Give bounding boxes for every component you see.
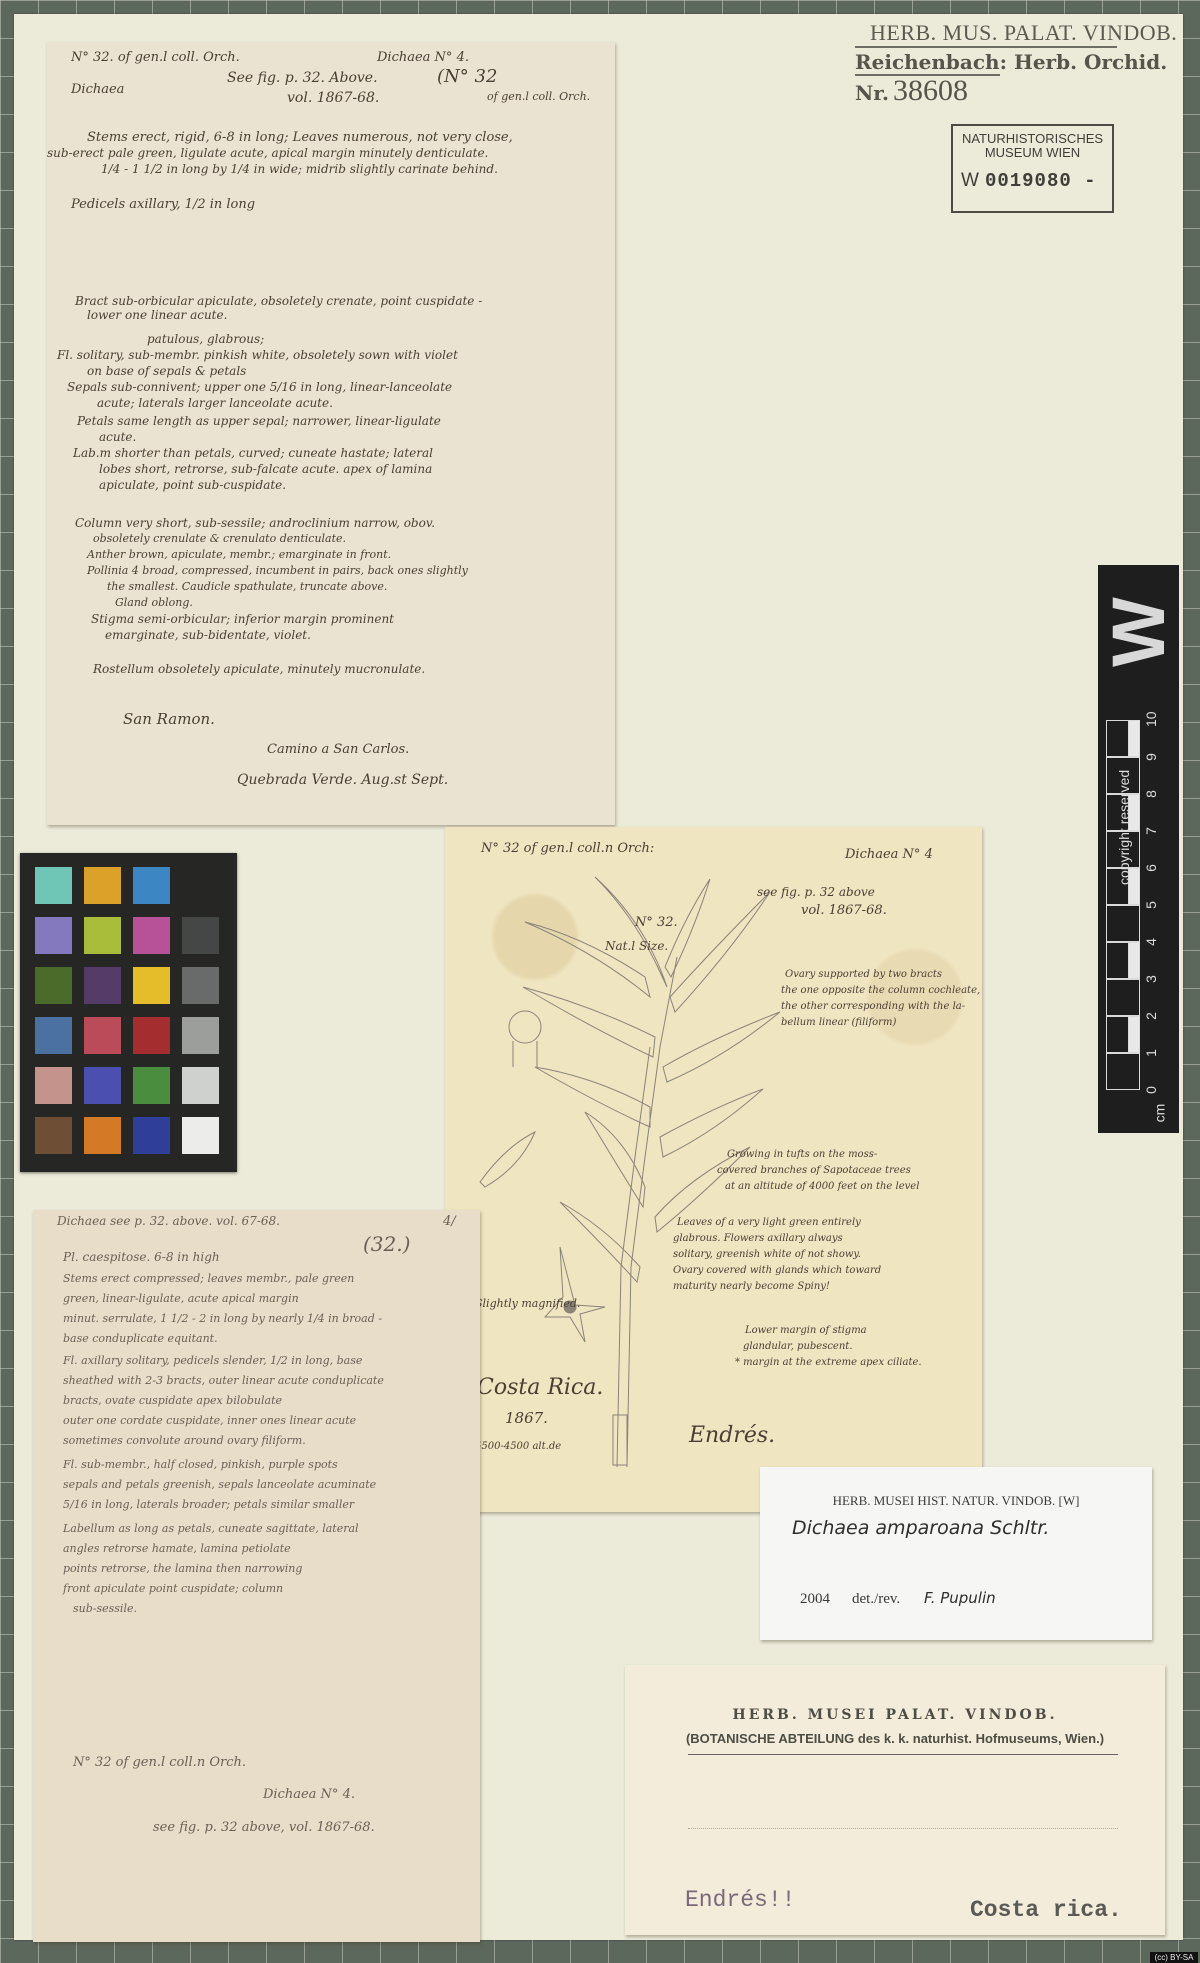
handwritten-line: Growing in tufts on the moss- (727, 1149, 877, 1160)
handwritten-line: N° 32. of gen.l coll. Orch. (71, 50, 240, 65)
handwritten-line: Camino a San Carlos. (267, 742, 409, 757)
handwritten-line: the one opposite the column cochleate, (781, 985, 980, 996)
color-patch (133, 1067, 170, 1104)
botanical-drawing-sheet: N° 32 of gen.l coll.n Orch:Dichaea N° 4s… (445, 827, 982, 1512)
scale-tick-label: 5 (1143, 898, 1159, 912)
color-patch (35, 917, 72, 954)
handwritten-line: Quebrada Verde. Aug.st Sept. (237, 772, 448, 788)
handwritten-line: the other corresponding with the la- (781, 1001, 965, 1012)
handwritten-line: (32.) (363, 1232, 410, 1256)
handwritten-line: lower one linear acute. (87, 308, 227, 322)
det-rev-label: det./rev. (852, 1591, 900, 1608)
scale-tick-label: 6 (1143, 861, 1159, 875)
scale-bar: W copyright reserved cm 012345678910 (1098, 565, 1179, 1133)
color-patch (133, 967, 170, 1004)
handwritten-line: sepals and petals greenish, sepals lance… (63, 1478, 376, 1491)
handwritten-line: patulous, glabrous; (147, 332, 264, 346)
country: Costa rica. (970, 1897, 1122, 1923)
handwritten-line: Rostellum obsoletely apiculate, minutely… (93, 662, 425, 676)
scale-tick-label: 9 (1143, 750, 1159, 764)
color-patch-grid (35, 867, 219, 1154)
scale-tick-label: 10 (1143, 713, 1159, 727)
color-patch (133, 1117, 170, 1154)
color-patch (182, 1017, 219, 1054)
color-patch (84, 1017, 121, 1054)
scale-tick-label: 1 (1143, 1046, 1159, 1060)
collection-label-subtitle: (BOTANISCHE ABTEILUNG des k. k. naturhis… (625, 1731, 1165, 1746)
scale-segment (1106, 942, 1140, 979)
color-patch (84, 867, 121, 904)
color-patch (84, 1117, 121, 1154)
stamp-line-1: NATURHISTORISCHES (953, 132, 1112, 146)
handwritten-line: Nat.l Size. (605, 939, 668, 953)
handwritten-line: minut. serrulate, 1 1/2 - 2 in long by n… (63, 1312, 382, 1325)
barcode-number: 0019080 - (985, 170, 1097, 192)
scale-segment (1106, 905, 1140, 942)
collection-label: HERB. MUSEI PALAT. VINDOB. (BOTANISCHE A… (625, 1665, 1165, 1935)
license-badge: (cc) BY-SA (1150, 1952, 1198, 1963)
handwritten-line: bellum linear (filiform) (781, 1017, 896, 1028)
stamp-catalog: W0019080 - (961, 170, 1112, 192)
handwritten-line: Labellum as long as petals, cuneate sagi… (63, 1522, 359, 1535)
herbarium-number: 38608 (893, 74, 968, 107)
color-patch (133, 917, 170, 954)
handwritten-line: 1867. (505, 1409, 548, 1427)
handwritten-line: Dichaea N° 4. (263, 1787, 355, 1802)
handwritten-line: bracts, ovate cuspidate apex bilobulate (63, 1394, 282, 1407)
handwritten-line: lobes short, retrorse, sub-falcate acute… (99, 462, 432, 476)
copyright-text: copyright reserved (1116, 745, 1132, 885)
scale-segment (1106, 979, 1140, 1016)
color-patch (182, 1067, 219, 1104)
handwritten-line: Dichaea N° 4 (845, 847, 933, 862)
color-patch (182, 1117, 219, 1154)
handwritten-line: Fl. solitary, sub-membr. pinkish white, … (57, 348, 458, 362)
handwritten-line: apiculate, point sub-cuspidate. (99, 478, 286, 492)
scale-segment-fill (1107, 943, 1129, 978)
handwritten-line: * margin at the extreme apex ciliate. (735, 1357, 922, 1368)
color-patch (182, 917, 219, 954)
handwritten-line: Pollinia 4 broad, compressed, incumbent … (87, 564, 468, 577)
taxon-name: Dichaea amparoana Schltr. (792, 1517, 1049, 1539)
handwritten-line: Petals same length as upper sepal; narro… (77, 414, 441, 428)
handwritten-line: the smallest. Caudicle spathulate, trunc… (107, 580, 387, 593)
handwritten-line: Fl. axillary solitary, pedicels slender,… (63, 1354, 362, 1367)
collection-label-dotted-line (688, 1828, 1118, 1829)
handwritten-line: 1/4 - 1 1/2 in long by 1/4 in wide; midr… (101, 162, 498, 176)
handwritten-line: Stems erect compressed; leaves membr., p… (63, 1272, 354, 1285)
color-patch (35, 1117, 72, 1154)
handwritten-line: Sepals sub-connivent; upper one 5/16 in … (67, 380, 452, 394)
collection-label-title: HERB. MUSEI PALAT. VINDOB. (625, 1707, 1165, 1723)
handwritten-line: Lab.m shorter than petals, curved; cunea… (73, 446, 433, 460)
color-patch (84, 917, 121, 954)
handwritten-line: Dichaea (71, 82, 124, 97)
handwritten-line: acute. (99, 430, 136, 444)
scale-segment (1106, 1016, 1140, 1053)
scale-tick-label: 0 (1143, 1083, 1159, 1097)
handwritten-line: Bract sub-orbicular apiculate, obsoletel… (75, 294, 482, 308)
collection-label-rule (688, 1754, 1118, 1755)
handwritten-line: sheathed with 2-3 bracts, outer linear a… (63, 1374, 384, 1387)
det-institution: HERB. MUSEI HIST. NATUR. VINDOB. [W] (760, 1493, 1152, 1509)
stamp-prefix: W (961, 170, 979, 191)
handwritten-line: covered branches of Sapotaceae trees (717, 1165, 911, 1176)
handwritten-line: on base of sepals & petals (87, 364, 246, 378)
handwritten-line: see fig. p. 32 above, vol. 1867-68. (153, 1820, 375, 1835)
collection-prefix: Reichenbach (855, 50, 1000, 76)
handwritten-line: N° 32 of gen.l coll.n Orch: (481, 841, 654, 856)
handwritten-line: Gland oblong. (115, 596, 193, 609)
scale-unit: cm (1151, 1104, 1167, 1123)
handwritten-line: at an altitude of 4000 feet on the level (725, 1181, 919, 1192)
handwritten-line: Stems erect, rigid, 6-8 in long; Leaves … (87, 130, 513, 145)
determination-label: HERB. MUSEI HIST. NATUR. VINDOB. [W] Dic… (760, 1467, 1152, 1640)
handwritten-line: Ovary supported by two bracts (785, 969, 942, 980)
stamp-line-2: MUSEUM WIEN (953, 146, 1112, 160)
handwritten-line: sometimes convolute around ovary filifor… (63, 1434, 306, 1447)
scale-tick-label: 8 (1143, 787, 1159, 801)
handwritten-line: 4/ (443, 1214, 456, 1229)
handwritten-line: Pl. caespitose. 6-8 in high (63, 1250, 220, 1264)
handwritten-line: Costa Rica. (477, 1375, 603, 1400)
header-divider (855, 46, 1117, 48)
handwritten-line: of gen.l coll. Orch. (487, 90, 590, 103)
handwritten-line: Pedicels axillary, 1/2 in long (71, 197, 255, 212)
handwritten-line: acute; laterals larger lanceolate acute. (97, 396, 333, 410)
handwritten-line: vol. 1867-68. (801, 903, 887, 918)
handwritten-line: obsoletely crenulate & crenulato denticu… (93, 532, 346, 545)
handwritten-line: Dichaea see p. 32. above. vol. 67-68. (57, 1214, 280, 1228)
color-patch (35, 967, 72, 1004)
handwritten-line: vol. 1867-68. (287, 90, 379, 106)
handwritten-line: Slightly magnified. (475, 1297, 580, 1310)
handwritten-line: maturity nearly become Spiny! (673, 1281, 830, 1292)
handwritten-line: emarginate, sub-bidentate, violet. (105, 628, 311, 642)
handwritten-line: (N° 32 (437, 66, 497, 87)
handwritten-note-top: N° 32. of gen.l coll. Orch.Dichaea N° 4.… (47, 42, 615, 825)
handwritten-note-bottom: Dichaea see p. 32. above. vol. 67-68.4/(… (33, 1210, 480, 1942)
scale-tick-label: 2 (1143, 1009, 1159, 1023)
handwritten-line: San Ramon. (123, 710, 215, 728)
scale-segment-fill (1107, 1017, 1129, 1052)
handwritten-line: Column very short, sub-sessile; androcli… (75, 516, 435, 530)
color-patch (133, 867, 170, 904)
handwritten-line: Stigma semi-orbicular; inferior margin p… (91, 612, 394, 626)
handwritten-line: Dichaea N° 4. (377, 50, 469, 65)
collection-number-line: Reichenbach: Herb. Orchid. Nr.38608 (855, 50, 1200, 108)
handwritten-line: Ovary covered with glands which toward (673, 1265, 881, 1276)
color-patch (84, 967, 121, 1004)
color-patch (35, 1067, 72, 1104)
scale-tick-label: 7 (1143, 824, 1159, 838)
handwritten-line: see fig. p. 32 above (757, 885, 875, 899)
handwritten-line: base conduplicate equitant. (63, 1332, 218, 1345)
handwritten-line: sub-sessile. (73, 1602, 137, 1615)
color-patch (182, 867, 219, 904)
color-patch (84, 1067, 121, 1104)
handwritten-line: sub-erect pale green, ligulate acute, ap… (47, 146, 488, 160)
handwritten-line: solitary, greenish white of not showy. (673, 1249, 861, 1260)
color-patch (182, 967, 219, 1004)
color-calibration-chart (20, 853, 237, 1172)
handwritten-line: green, linear-ligulate, acute apical mar… (63, 1292, 299, 1305)
handwritten-line: Endrés. (689, 1423, 775, 1448)
handwritten-line: points retrorse, the lamina then narrowi… (63, 1562, 302, 1575)
handwritten-line: front apiculate point cuspidate; column (63, 1582, 283, 1595)
w-logo-icon: W (1094, 613, 1184, 667)
color-patch (35, 1017, 72, 1054)
institution-header: HERB. MUS. PALAT. VINDOB. (870, 20, 1177, 46)
color-patch (35, 867, 72, 904)
handwritten-line: 5500-4500 alt.de (475, 1441, 561, 1452)
handwritten-line: See fig. p. 32. Above. (227, 70, 378, 86)
scale-tick-label: 4 (1143, 935, 1159, 949)
handwritten-line: N° 32 of gen.l coll.n Orch. (73, 1755, 246, 1770)
scale-tick-label: 3 (1143, 972, 1159, 986)
handwritten-line: Leaves of a very light green entirely (677, 1217, 861, 1228)
collector-name: Endrés!! (685, 1887, 795, 1913)
handwritten-line: glabrous. Flowers axillary always (673, 1233, 843, 1244)
scale-segment (1106, 1053, 1140, 1090)
handwritten-line: Lower margin of stigma (745, 1325, 867, 1336)
det-year: 2004 (800, 1591, 830, 1608)
handwritten-line: outer one cordate cuspidate, inner ones … (63, 1414, 356, 1427)
determiner-name: F. Pupulin (924, 1589, 996, 1607)
handwritten-line: Anther brown, apiculate, membr.; emargin… (87, 548, 391, 561)
handwritten-line: Fl. sub-membr., half closed, pinkish, pu… (63, 1458, 338, 1471)
handwritten-line: glandular, pubescent. (743, 1341, 853, 1352)
handwritten-line: 5/16 in long, laterals broader; petals s… (63, 1498, 354, 1511)
handwritten-line: N° 32. (635, 915, 678, 930)
museum-stamp: NATURHISTORISCHES MUSEUM WIEN W0019080 - (951, 124, 1114, 213)
color-patch (133, 1017, 170, 1054)
handwritten-line: angles retrorse hamate, lamina petiolate (63, 1542, 291, 1555)
